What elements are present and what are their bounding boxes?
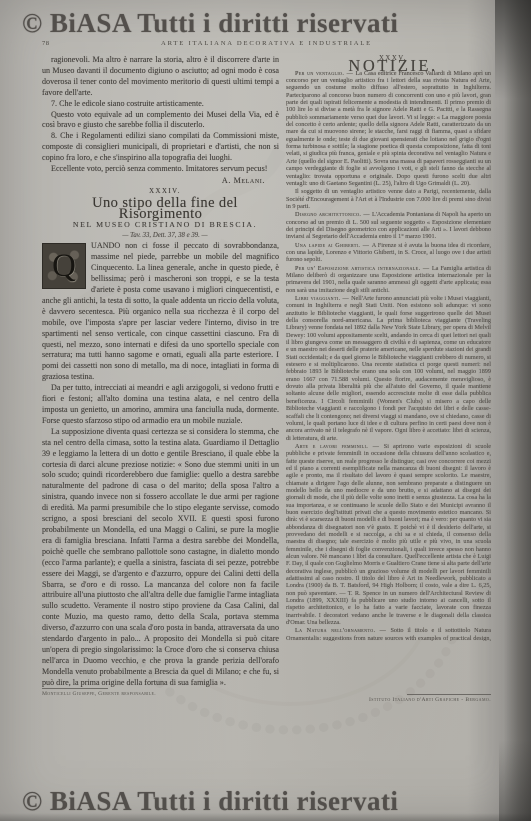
news-item: Il soggetto di un ventaglio artistico ve… [286,188,491,210]
paragraph: Questo voto equivale ad un complemento d… [42,110,279,132]
news-item-text: Si aprirono varie esposizioni di scuole … [286,443,491,626]
copyright-watermark-top: © BiASA Tutti i diritti riservati [22,8,398,39]
plate-reference: — Tav. 33, Dett. 37, 38 e 39. — [42,231,279,242]
news-item: Per un' Esposizione artistica internazio… [286,265,491,294]
news-items: Per un ventaglio. — La Casa editrice Fra… [286,70,491,641]
news-item-text: La Casa editrice Francesco Vallardi di M… [286,70,491,187]
author-signature: A. Melani. [42,176,265,187]
news-item: Arte e lavori femminili. — Si aprirono v… [286,443,491,627]
news-item: Disegno architettonico. — L'Accademia Po… [286,211,491,240]
right-column: XXXV. NOTIZIE. Per un ventaglio. — La Ca… [286,55,491,641]
paragraph: ragionevoli. Ma altro è narrare la stori… [42,55,279,99]
scan-edge-corner-bottom [499,731,531,821]
paragraph: La supposizione diventa quasi certezza s… [42,427,279,687]
article-subtitle: NEL MUSEO CRISTIANO DI BRESCIA. [42,220,279,231]
scan-edge-shadow-right [504,0,531,821]
news-item-lead: Disegno architettonico. — [295,211,372,218]
running-head: 78 ARTE ITALIANA DECORATIVA E INDUSTRIAL… [42,40,491,52]
decorated-initial-block: Q [42,243,86,289]
news-item: La Natura nell'ornamento. — Sotto il tit… [286,627,491,641]
article-body-paragraphs: Da per tutto, intrecciati ai meandri e a… [42,383,279,687]
paragraph: Eccellente voto, perciò senza commento. … [42,164,279,175]
paragraph: 7. Che le edicole siano costruite artist… [42,99,279,110]
news-item-lead: La Natura nell'ornamento. — [295,627,390,634]
colophon-left: Monticelli Giuseppe, Gerente responsabil… [42,688,279,697]
news-item-lead: Arte e lavori femminili. — [295,443,384,450]
news-item-lead: Per un' Esposizione artistica internazio… [295,265,432,272]
colophon-right: Istituto Italiano d'Arti Grafiche - Berg… [286,694,491,703]
journal-title: ARTE ITALIANA DECORATIVA E INDUSTRIALE [42,40,491,47]
news-item: Una lapide ai Ghiberti. — A Firenze si è… [286,242,491,264]
notizie-title: NOTIZIE. [286,62,491,69]
paragraph: Da per tutto, intrecciati ai meandri e a… [42,383,279,427]
news-item: Per un ventaglio. — La Casa editrice Fra… [286,70,491,188]
article-title: Uno stipo della fine del Risorgimento [42,198,279,220]
copyright-watermark-bottom: © BiASA Tutti i diritti riservati [22,786,398,817]
news-item-lead: Una lapide ai Ghiberti. — [295,242,372,249]
news-item-lead: Per un ventaglio. — [295,70,356,77]
news-item: Libri viaggianti. — Nell'Arte furono ann… [286,295,491,442]
footnote-rule-left [42,688,108,689]
intro-paragraphs: ragionevoli. Ma altro è narrare la stori… [42,55,279,175]
news-item-lead: Libri viaggianti. — [295,295,351,302]
news-item-text: Nell'Arte furono annunciati più volte i … [286,295,491,442]
colophon-right-text: Istituto Italiano d'Arti Grafiche - Berg… [369,697,491,703]
scan-edge-corner-top [495,0,531,110]
drop-cap-letter: Q [52,250,76,283]
left-column: ragionevoli. Ma altro è narrare la stori… [42,55,279,687]
scanned-journal-page: © BiASA Tutti i diritti riservati © BiAS… [0,0,531,821]
footnote-rule-right [407,694,491,695]
news-item-text: Il soggetto di un ventaglio artistico ve… [286,188,491,210]
colophon-left-text: Monticelli Giuseppe, Gerente responsabil… [42,691,156,697]
paragraph: 8. Che i Regolamenti edilizi siano compi… [42,131,279,164]
